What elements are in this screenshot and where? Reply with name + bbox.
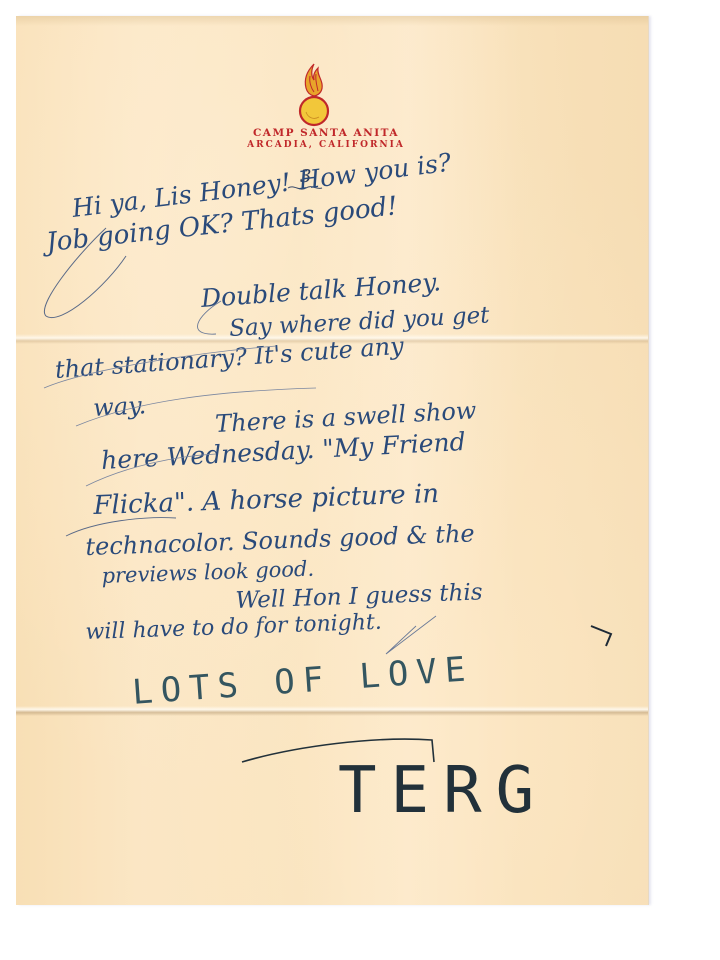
letter-line: previews look good.: [101, 557, 314, 588]
letter-line: technacolor. Sounds good & the: [85, 519, 475, 561]
letter-line: will have to do for tonight.: [85, 610, 382, 645]
signature: TERG: [338, 754, 548, 828]
letter-paper: CAMP SANTA ANITA ARCADIA, CALIFORNIA 3 H…: [16, 16, 648, 905]
letter-line: Flicka". A horse picture in: [93, 479, 440, 521]
letter-line: Well Hon I guess this: [235, 579, 483, 614]
letter-line: way.: [93, 391, 147, 422]
